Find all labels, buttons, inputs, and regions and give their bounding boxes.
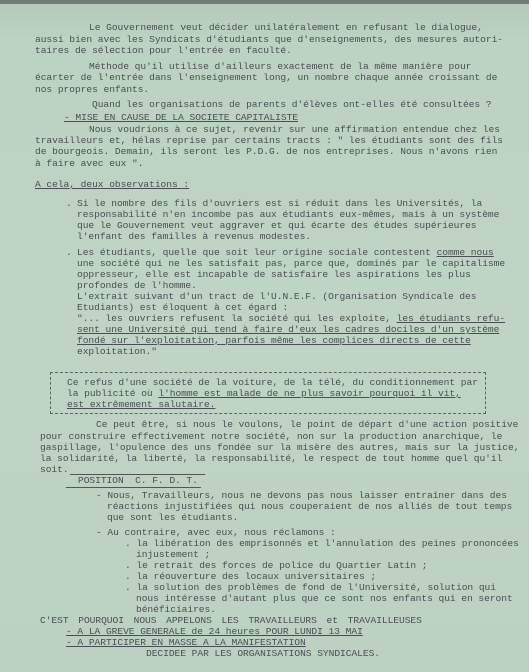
demand-line: . la réouverture des locaux universitair…: [125, 571, 376, 582]
page-edge: [0, 0, 529, 4]
call-line: - A LA GREVE GENERALE de 24 heures POUR …: [66, 626, 363, 637]
bullet-dot: .: [66, 247, 72, 258]
paragraph-line: Nous voudrions à ce sujet, revenir sur u…: [89, 124, 500, 135]
demand-line: nous intéresse d'autant plus que ce sont…: [136, 593, 513, 604]
box-line: la publicité où l'homme est malade de ne…: [67, 388, 461, 399]
quote-line: sent une Université qui tend à faire d'e…: [77, 324, 499, 335]
quote-line: "... les ouvriers refusent la société qu…: [77, 313, 505, 324]
observations-title: A cela, deux observations :: [35, 179, 189, 190]
bullet-line: oppresseur, elle est incapable de satisf…: [77, 269, 471, 280]
bullet-line: Etudiants) est éloquent à cet égard :: [77, 302, 288, 313]
box-line: Ce refus d'une société de la voiture, de…: [67, 377, 478, 388]
quote-text: "... les ouvriers refusent la société qu…: [77, 313, 397, 324]
demand-line: . le retrait des forces de police du Qua…: [125, 560, 427, 571]
bullet-line: une société qui ne les satisfait pas, pa…: [77, 258, 505, 269]
paragraph-line: taires de sélection pour l'entrée en fac…: [35, 45, 292, 56]
paragraph-line: travailleurs et, hélas reprise par certa…: [35, 135, 503, 146]
call-line: DECIDEE PAR LES ORGANISATIONS SYNDICALES…: [146, 648, 380, 659]
quote-line: exploitation.": [77, 346, 157, 357]
bullet-line: responsabilité n'en incombe pas aux étud…: [77, 209, 499, 220]
paragraph-line: aussi bien avec les Syndicats d'étudiant…: [35, 34, 503, 45]
bullet-line: Si le nombre des fils d'ouvriers est si …: [77, 198, 482, 209]
call-heading: C'EST POURQUOI NOUS APPELONS LES TRAVAIL…: [40, 615, 422, 626]
paragraph-line: gaspillage, l'opulence des uns fondée su…: [40, 442, 519, 453]
underlined-text: comme nous: [437, 247, 494, 258]
paragraph-line: Le Gouvernement veut décider unilatérale…: [89, 22, 483, 33]
bullet-line: que le Gouvernement veut aggraver et qui…: [77, 220, 477, 231]
bullet-line: Les étudiants, quelle que soit leur orig…: [77, 247, 494, 258]
bullet-line: profondes de l'homme.: [77, 280, 197, 291]
underlined-text: les étudiants refu-: [397, 313, 505, 324]
bullet-line: l'enfant des familles à revenus modestes…: [77, 231, 311, 242]
tract-page: Le Gouvernement veut décider unilatérale…: [0, 0, 529, 672]
paragraph-line: pour construire effectivement notre soci…: [40, 431, 502, 442]
position-line: réactions injustifiées qui nous couperai…: [107, 501, 512, 512]
bullet-line: L'extrait suivant d'un tract de l'U.N.E.…: [77, 291, 477, 302]
paragraph-line: à faire avec eux ".: [35, 158, 143, 169]
call-line: - A PARTICIPER EN MASSE A LA MANIFESTATI…: [66, 637, 306, 648]
paragraph-line: de bourgeois. Demain, ils seront les P.D…: [35, 146, 497, 157]
demand-line: . la solution des problèmes de fond de l…: [125, 582, 496, 593]
demand-line: injustement ;: [136, 549, 210, 560]
quote-line: fondé sur l'exploitation, parfois même l…: [77, 335, 471, 346]
position-line: que sont les étudiants.: [107, 512, 238, 523]
paragraph-line: nos propres enfants.: [35, 84, 149, 95]
paragraph-line: Ce peut être, si nous le voulons, le poi…: [96, 419, 518, 430]
position-title: POSITION C. F. D. T.: [78, 475, 198, 486]
paragraph-line: Méthode qu'il utilise d'ailleurs exactem…: [89, 61, 471, 72]
paragraph-line: la solidarité, la liberté, la responsabi…: [40, 453, 502, 464]
section-title: - MISE EN CAUSE DE LA SOCIETE CAPITALIST…: [64, 112, 298, 123]
demand-line: bénéficiaires.: [136, 604, 216, 615]
paragraph-line: soit.: [40, 464, 69, 475]
box-text: la publicité où: [67, 388, 158, 399]
position-line: - Au contraire, avec eux, nous réclamons…: [96, 527, 336, 538]
question-line: Quand les organisations de parents d'élè…: [92, 99, 492, 110]
underlined-text: l'homme est malade de ne plus savoir pou…: [158, 388, 460, 399]
bullet-text: Les étudiants, quelle que soit leur orig…: [77, 247, 437, 258]
bullet-dot: .: [66, 198, 72, 209]
demand-line: . la libération des emprisonnés et l'ann…: [125, 538, 519, 549]
position-line: - Nous, Travailleurs, nous ne devons pas…: [96, 490, 507, 501]
paragraph-line: écarter de l'entrée dans l'enseignement …: [35, 72, 497, 83]
box-line: est extrêmement salutaire.: [67, 399, 215, 410]
